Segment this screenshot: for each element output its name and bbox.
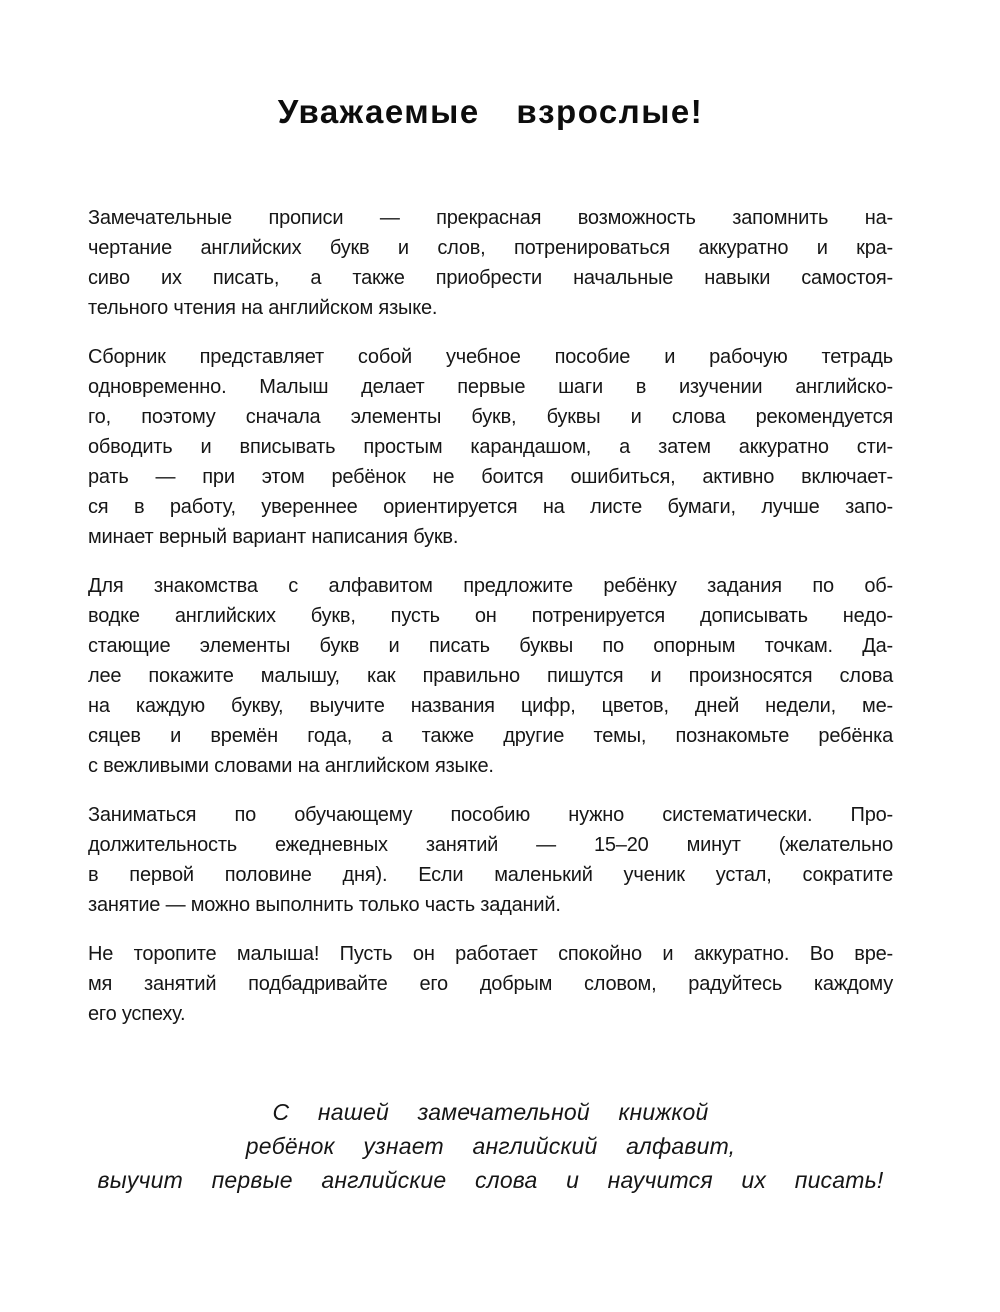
paragraph-2: Сборник представляет собой учебное пособ…: [88, 342, 893, 552]
paragraph-5: Не торопите малыша! Пусть он работает сп…: [88, 939, 893, 1029]
closing-note: С нашей замечательной книжкойребёнок узн…: [88, 1095, 893, 1197]
text-line: стающие элементы букв и писать буквы по …: [88, 631, 893, 661]
text-line: С нашей замечательной книжкой: [88, 1095, 893, 1129]
text-line: минает верный вариант написания букв.: [88, 522, 893, 552]
text-line: Не торопите малыша! Пусть он работает сп…: [88, 939, 893, 969]
paragraph-4: Заниматься по обучающему пособию нужно с…: [88, 800, 893, 920]
text-line: водке английских букв, пусть он потренир…: [88, 601, 893, 631]
book-page: Уважаемые взрослые! Замечательные пропис…: [0, 0, 1000, 1312]
text-line: Для знакомства с алфавитом предложите ре…: [88, 571, 893, 601]
text-line: выучит первые английские слова и научитс…: [88, 1163, 893, 1197]
text-line: Сборник представляет собой учебное пособ…: [88, 342, 893, 372]
page-body: Замечательные прописи — прекрасная возмо…: [88, 203, 893, 1029]
text-line: ся в работу, увереннее ориентируется на …: [88, 492, 893, 522]
text-line: обводить и вписывать простым карандашом,…: [88, 432, 893, 462]
text-line: должительность ежедневных занятий — 15–2…: [88, 830, 893, 860]
text-line: рать — при этом ребёнок не боится ошибит…: [88, 462, 893, 492]
paragraph-3: Для знакомства с алфавитом предложите ре…: [88, 571, 893, 781]
page-title: Уважаемые взрослые!: [88, 93, 893, 131]
text-line: Заниматься по обучающему пособию нужно с…: [88, 800, 893, 830]
text-line: его успеху.: [88, 999, 893, 1029]
paragraph-1: Замечательные прописи — прекрасная возмо…: [88, 203, 893, 323]
text-line: сиво их писать, а также приобрести начал…: [88, 263, 893, 293]
text-line: тельного чтения на английском языке.: [88, 293, 893, 323]
text-line: Замечательные прописи — прекрасная возмо…: [88, 203, 893, 233]
text-line: на каждую букву, выучите названия цифр, …: [88, 691, 893, 721]
text-line: го, поэтому сначала элементы букв, буквы…: [88, 402, 893, 432]
text-line: мя занятий подбадривайте его добрым слов…: [88, 969, 893, 999]
text-line: в первой половине дня). Если маленький у…: [88, 860, 893, 890]
text-line: чертание английских букв и слов, потрени…: [88, 233, 893, 263]
text-line: с вежливыми словами на английском языке.: [88, 751, 893, 781]
text-line: сяцев и времён года, а также другие темы…: [88, 721, 893, 751]
text-line: занятие — можно выполнить только часть з…: [88, 890, 893, 920]
text-line: одновременно. Малыш делает первые шаги в…: [88, 372, 893, 402]
text-line: ребёнок узнает английский алфавит,: [88, 1129, 893, 1163]
text-line: лее покажите малышу, как правильно пишут…: [88, 661, 893, 691]
